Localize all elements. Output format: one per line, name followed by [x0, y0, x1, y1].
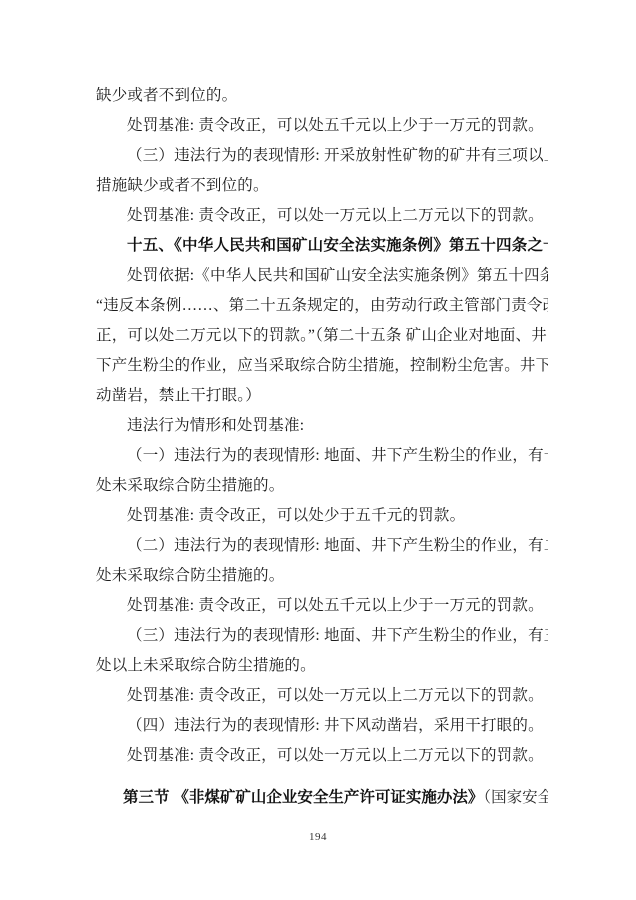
text-line: 处罚基准: 责令改正，可以处一万元以上二万元以下的罚款。: [96, 201, 548, 231]
heading-line: 十五、《中华人民共和国矿山安全法实施条例》第五十四条之十: [96, 231, 548, 261]
text-line: （四）违法行为的表现情形: 井下风动凿岩，采用干打眼的。: [96, 711, 548, 741]
text-line: 缺少或者不到位的。: [96, 81, 548, 111]
text-line: 处未采取综合防尘措施的。: [96, 471, 548, 501]
section-heading-title: 第三节 《非煤矿矿山企业安全生产许可证实施办法》: [123, 789, 483, 806]
document-page: 缺少或者不到位的。处罚基准: 责令改正，可以处五千元以上少于一万元的罚款。（三）…: [0, 0, 636, 900]
text-line: 处罚依据:《中华人民共和国矿山安全法实施条例》第五十四条:: [96, 261, 548, 291]
text-line: 处罚基准: 责令改正，可以处五千元以上少于一万元的罚款。: [96, 591, 548, 621]
document-lines: 缺少或者不到位的。处罚基准: 责令改正，可以处五千元以上少于一万元的罚款。（三）…: [96, 81, 548, 771]
text-line: （三）违法行为的表现情形: 地面、井下产生粉尘的作业，有三: [96, 621, 548, 651]
page-number: 194: [0, 831, 636, 843]
text-line: 正，可以处二万元以下的罚款。”（第二十五条 矿山企业对地面、井: [96, 321, 548, 351]
text-line: 措施缺少或者不到位的。: [96, 171, 548, 201]
text-line: 处罚基准: 责令改正，可以处少于五千元的罚款。: [96, 501, 548, 531]
text-line: 处罚基准: 责令改正，可以处一万元以上二万元以下的罚款。: [96, 741, 548, 771]
document-body: 缺少或者不到位的。处罚基准: 责令改正，可以处五千元以上少于一万元的罚款。（三）…: [96, 81, 548, 813]
text-line: 动凿岩，禁止干打眼。）: [96, 381, 548, 411]
text-line: 处罚基准: 责令改正，可以处五千元以上少于一万元的罚款。: [96, 111, 548, 141]
text-line: （三）违法行为的表现情形: 开采放射性矿物的矿井有三项以上: [96, 141, 548, 171]
text-line: 处罚基准: 责令改正，可以处一万元以上二万元以下的罚款。: [96, 681, 548, 711]
section-heading: 第三节 《非煤矿矿山企业安全生产许可证实施办法》（国家安全: [96, 783, 548, 813]
section-heading-annotation: （国家安全: [483, 789, 548, 806]
text-line: （一）违法行为的表现情形: 地面、井下产生粉尘的作业，有一: [96, 441, 548, 471]
text-line: （二）违法行为的表现情形: 地面、井下产生粉尘的作业，有二: [96, 531, 548, 561]
text-line: 下产生粉尘的作业，应当采取综合防尘措施，控制粉尘危害。井下风: [96, 351, 548, 381]
text-line: 违法行为情形和处罚基准:: [96, 411, 548, 441]
text-line: 处未采取综合防尘措施的。: [96, 561, 548, 591]
text-line: 处以上未采取综合防尘措施的。: [96, 651, 548, 681]
text-line: “违反本条例……、第二十五条规定的，由劳动行政主管部门责令改: [96, 291, 548, 321]
